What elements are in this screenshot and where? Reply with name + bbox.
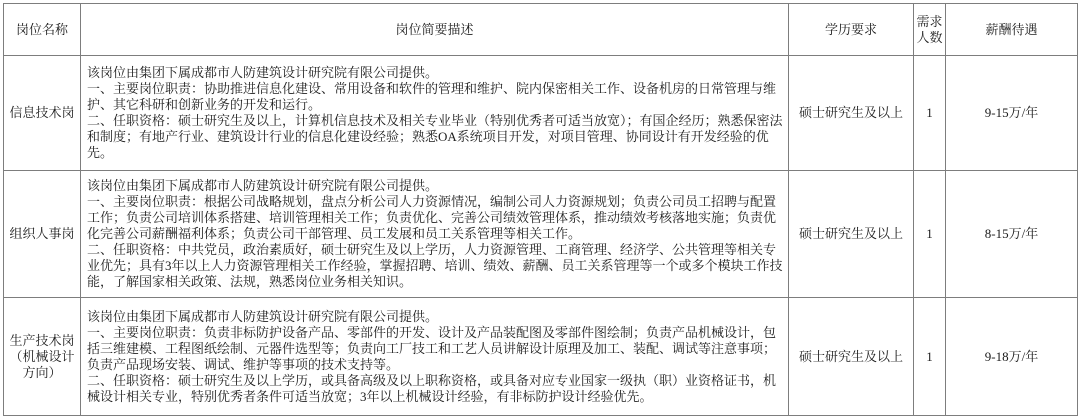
description-paragraph: 二、任职资格：中共党员，政治素质好，硕士研究生及以上学历，人力资源管理、工商管理… (87, 242, 784, 290)
education-cell: 硕士研究生及以上 (789, 298, 914, 416)
education-cell: 硕士研究生及以上 (789, 56, 914, 171)
column-header-position: 岗位名称 (4, 4, 81, 56)
position-description-cell: 该岗位由集团下属成都市人防建筑设计研究院有限公司提供。 一、主要岗位职责：负责非… (81, 298, 789, 416)
page: 岗位名称 岗位简要描述 学历要求 需求人数 薪酬待遇 信息技术岗 该岗位由集团下… (0, 0, 1080, 419)
table-row: 组织人事岗 该岗位由集团下属成都市人防建筑设计研究院有限公司提供。 一、主要岗位… (4, 171, 1078, 298)
headcount-cell: 1 (914, 171, 946, 298)
header-row: 岗位名称 岗位简要描述 学历要求 需求人数 薪酬待遇 (4, 4, 1078, 56)
headcount-cell: 1 (914, 56, 946, 171)
job-table: 岗位名称 岗位简要描述 学历要求 需求人数 薪酬待遇 信息技术岗 该岗位由集团下… (3, 3, 1078, 416)
position-name-cell: 生产技术岗（机械设计方向） (4, 298, 81, 416)
salary-cell: 8-15万/年 (946, 171, 1078, 298)
column-header-description: 岗位简要描述 (81, 4, 789, 56)
description-paragraph: 一、主要岗位职责：负责非标防护设备产品、零部件的开发、设计及产品装配图及零部件图… (87, 325, 784, 373)
description-paragraph: 一、主要岗位职责：根据公司战略规划，盘点分析公司人力资源情况，编制公司人力资源规… (87, 194, 784, 242)
position-description-cell: 该岗位由集团下属成都市人防建筑设计研究院有限公司提供。 一、主要岗位职责：根据公… (81, 171, 789, 298)
description-paragraph: 该岗位由集团下属成都市人防建筑设计研究院有限公司提供。 (87, 178, 784, 194)
description-paragraph: 一、主要岗位职责：协助推进信息化建设、常用设备和软件的管理和维护、院内保密相关工… (87, 81, 784, 113)
salary-cell: 9-15万/年 (946, 56, 1078, 171)
position-description-cell: 该岗位由集团下属成都市人防建筑设计研究院有限公司提供。 一、主要岗位职责：协助推… (81, 56, 789, 171)
description-paragraph: 该岗位由集团下属成都市人防建筑设计研究院有限公司提供。 (87, 65, 784, 81)
table-row: 信息技术岗 该岗位由集团下属成都市人防建筑设计研究院有限公司提供。 一、主要岗位… (4, 56, 1078, 171)
description-paragraph: 二、任职资格：硕士研究生及以上学历，或具备高级及以上职称资格，或具备对应专业国家… (87, 373, 784, 405)
description-paragraph: 二、任职资格：硕士研究生及以上，计算机信息技术及相关专业毕业（特别优秀者可适当放… (87, 113, 784, 161)
education-cell: 硕士研究生及以上 (789, 171, 914, 298)
column-header-salary: 薪酬待遇 (946, 4, 1078, 56)
position-name-cell: 信息技术岗 (4, 56, 81, 171)
column-header-education: 学历要求 (789, 4, 914, 56)
salary-cell: 9-18万/年 (946, 298, 1078, 416)
position-name-cell: 组织人事岗 (4, 171, 81, 298)
table-row: 生产技术岗（机械设计方向） 该岗位由集团下属成都市人防建筑设计研究院有限公司提供… (4, 298, 1078, 416)
column-header-headcount: 需求人数 (914, 4, 946, 56)
description-paragraph: 该岗位由集团下属成都市人防建筑设计研究院有限公司提供。 (87, 309, 784, 325)
headcount-cell: 1 (914, 298, 946, 416)
